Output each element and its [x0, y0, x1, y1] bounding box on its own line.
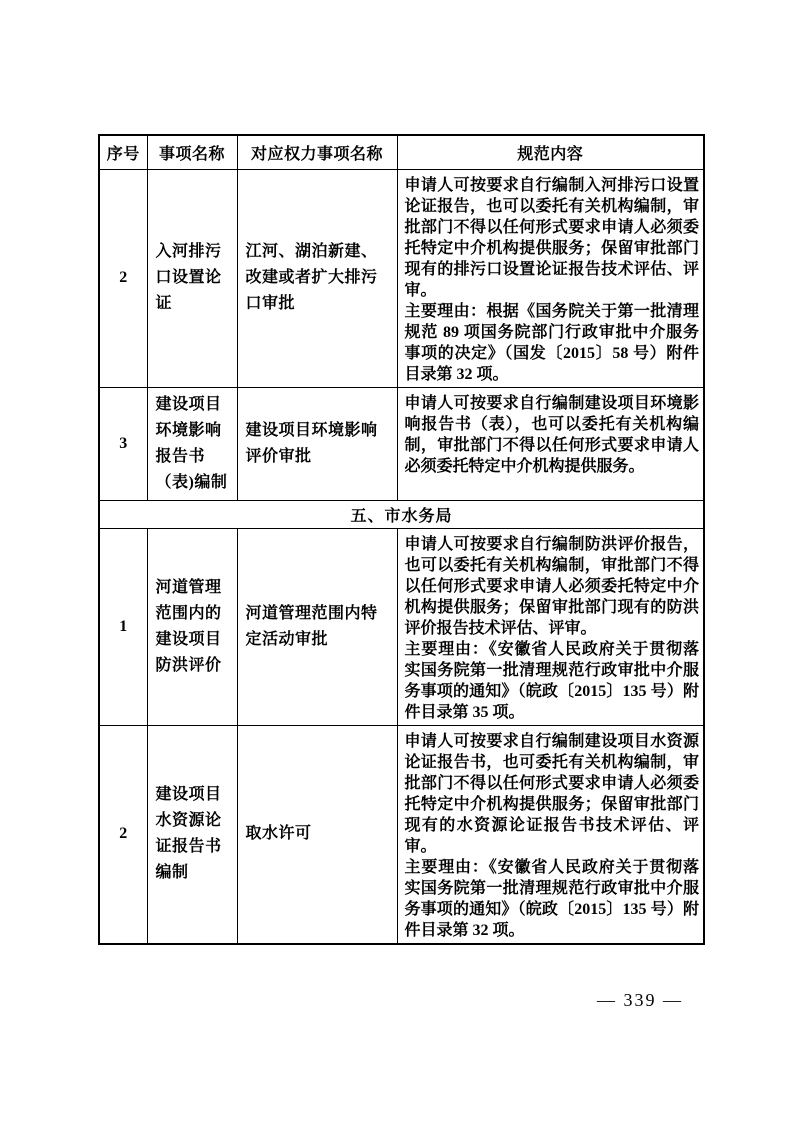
content-cell: 申请人可按要求自行编制入河排污口设置论证报告，也可以委托有关机构编制，审批部门不…	[397, 169, 704, 387]
content-cell: 申请人可按要求自行编制防洪评价报告，也可以委托有关机构编制，审批部门不得以任何形…	[397, 528, 704, 725]
authority-cell: 河道管理范围内特定活动审批	[237, 528, 397, 725]
table-header-row: 序号 事项名称 对应权力事项名称 规范内容	[99, 135, 704, 169]
page-number: — 339 —	[560, 990, 720, 1011]
header-authority-name: 对应权力事项名称	[237, 135, 397, 169]
item-name-cell: 河道管理范围内的建设项目防洪评价	[147, 528, 237, 725]
seq-cell: 1	[99, 528, 147, 725]
table-row: 1 河道管理范围内的建设项目防洪评价 河道管理范围内特定活动审批 申请人可按要求…	[99, 528, 704, 725]
item-name-cell: 建设项目水资源论证报告书编制	[147, 725, 237, 944]
content-cell: 申请人可按要求自行编制建设项目水资源论证报告书，也可委托有关机构编制，审批部门不…	[397, 725, 704, 944]
intermediary-services-table: 序号 事项名称 对应权力事项名称 规范内容 2 入河排污口设置论证 江河、湖泊新…	[98, 134, 705, 945]
authority-cell: 取水许可	[237, 725, 397, 944]
item-name-cell: 建设项目环境影响报告书（表)编制	[147, 387, 237, 500]
content-cell: 申请人可按要求自行编制建设项目环境影响报告书（表），也可以委托有关机构编制，审批…	[397, 387, 704, 500]
authority-cell: 江河、湖泊新建、改建或者扩大排污口审批	[237, 169, 397, 387]
table-row: 2 入河排污口设置论证 江河、湖泊新建、改建或者扩大排污口审批 申请人可按要求自…	[99, 169, 704, 387]
header-content: 规范内容	[397, 135, 704, 169]
seq-cell: 2	[99, 725, 147, 944]
header-seq: 序号	[99, 135, 147, 169]
document-page: 序号 事项名称 对应权力事项名称 规范内容 2 入河排污口设置论证 江河、湖泊新…	[0, 0, 793, 1122]
seq-cell: 2	[99, 169, 147, 387]
section-header-label: 五、市水务局	[99, 500, 704, 528]
item-name-cell: 入河排污口设置论证	[147, 169, 237, 387]
authority-cell: 建设项目环境影响评价审批	[237, 387, 397, 500]
table-row: 3 建设项目环境影响报告书（表)编制 建设项目环境影响评价审批 申请人可按要求自…	[99, 387, 704, 500]
header-item-name: 事项名称	[147, 135, 237, 169]
table-row: 2 建设项目水资源论证报告书编制 取水许可 申请人可按要求自行编制建设项目水资源…	[99, 725, 704, 944]
seq-cell: 3	[99, 387, 147, 500]
section-header-row: 五、市水务局	[99, 500, 704, 528]
